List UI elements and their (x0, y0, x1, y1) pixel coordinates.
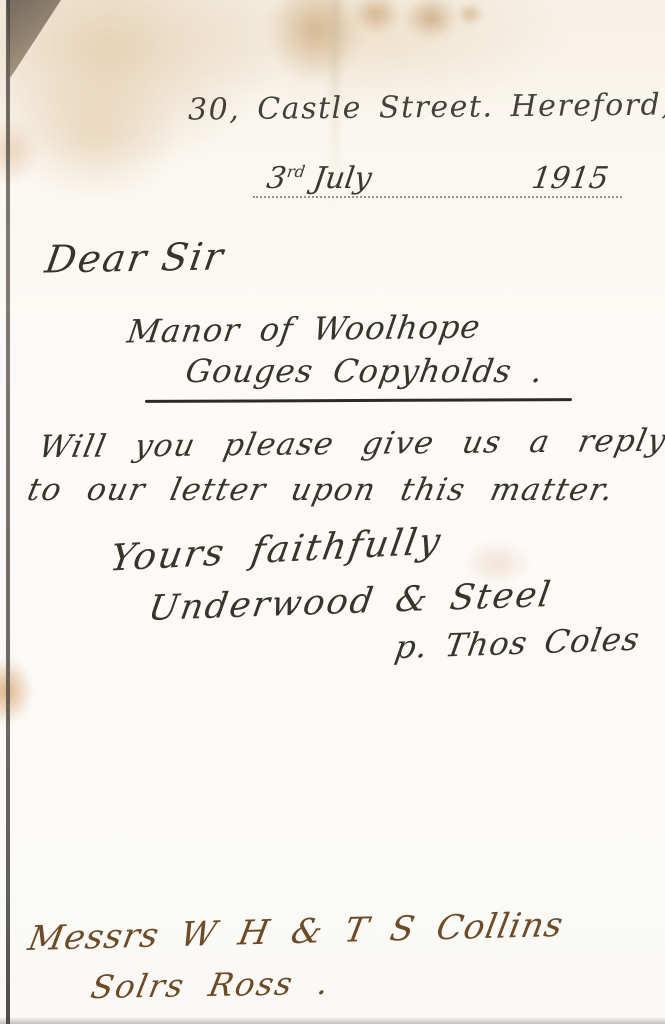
body-line-2: to our letter upon this matter. (24, 472, 617, 508)
subject-line-2: Gouges Copyholds . (183, 352, 546, 390)
page-bottom-edge-shadow (0, 1017, 665, 1024)
paper-stain (404, 0, 458, 40)
letterhead-address: 30, Castle Street. Hereford, (188, 87, 665, 127)
page-corner-fold (7, 0, 61, 78)
subject-underline (145, 398, 572, 403)
scanned-letter-page: 30, Castle Street. Hereford, 3rd July 19… (0, 0, 665, 1024)
addressee-line-2: Solrs Ross . (88, 964, 334, 1006)
paper-stain (352, 0, 400, 34)
page-left-edge-shadow (6, 0, 10, 1024)
closing-valediction: Yours faithfully (107, 519, 445, 579)
paper-stain (10, 70, 180, 200)
paper-stain (456, 2, 484, 26)
date-month: July (311, 161, 374, 196)
date-year: 1915 (529, 161, 610, 196)
date-day-suffix: rd (286, 162, 307, 181)
paper-stain (0, 658, 32, 724)
body-line-1: Will you please give us a reply (36, 423, 665, 466)
paper-stain (268, 0, 363, 80)
date-line: 3rd July 1915 (253, 146, 622, 198)
signature-signed-by: p. Thos Coles (392, 620, 643, 666)
subject-line-1: Manor of Woolhope (125, 308, 483, 351)
date-day-month: 3rd July (265, 161, 374, 196)
signature-firm: Underwood & Steel (146, 575, 555, 629)
salutation: Dear Sir (42, 234, 228, 281)
addressee-line-1: Messrs W H & T S Collins (25, 905, 567, 959)
